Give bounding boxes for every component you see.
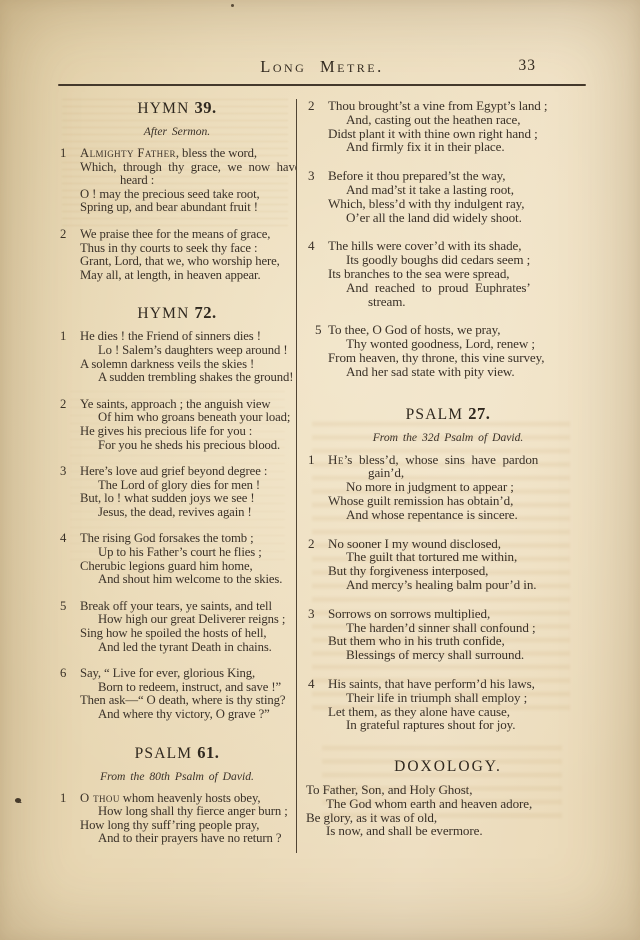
verse-line: The Lord of glory dies for men ! <box>58 479 296 493</box>
stanza-number: 2 <box>308 537 314 551</box>
verse-line: Whose guilt remission has obtain’d, <box>306 494 590 508</box>
section-subtitle: From the 80th Psalm of David. <box>58 770 296 783</box>
verse-line: Sing how he spoiled the hosts of hell, <box>58 627 296 641</box>
verse-line: 3Before it thou prepared’st the way, <box>306 169 590 183</box>
running-title: Long Metre. <box>260 57 384 76</box>
stanza-number: 3 <box>60 465 66 479</box>
verse-line: No more in judgment to appear ; <box>306 480 590 494</box>
section-title-word: PSALM <box>406 406 464 423</box>
verse-line: Is now, and shall be evermore. <box>306 824 590 838</box>
stanza-number: 4 <box>60 532 66 546</box>
stanza-number: 1 <box>60 147 66 161</box>
verse-line: Up to his Father’s court he flies ; <box>58 546 296 560</box>
verse-line: gain’d, <box>306 466 590 480</box>
verse-line: The harden’d sinner shall confound ; <box>306 621 590 635</box>
verse-line: And mercy’s healing balm pour’d in. <box>306 578 590 592</box>
stanza: 4The hills were cover’d with its shade,I… <box>306 239 590 308</box>
small-caps-text: He <box>328 452 344 467</box>
verse-line: Which, bless’d with thy indulgent ray, <box>306 197 590 211</box>
stanza-number: 5 <box>60 600 66 614</box>
verse-line: How high our great Deliverer reigns ; <box>58 613 296 627</box>
verse-line: O ! may the precious seed take root, <box>58 188 296 202</box>
verse-line: But, lo ! what sudden joys we see ! <box>58 492 296 506</box>
stanza: 5To thee, O God of hosts, we pray,Thy wo… <box>306 323 590 378</box>
section-title: PSALM27. <box>306 405 590 423</box>
verse-line: Thus in thy courts to seek thy face : <box>58 242 296 256</box>
verse-line: The guilt that tortured me within, <box>306 550 590 564</box>
verse-line: Blessings of mercy shall surround. <box>306 648 590 662</box>
verse-line: And where thy victory, O grave ?” <box>58 708 296 722</box>
section-title: PSALM61. <box>58 744 296 762</box>
verse-line: Jesus, the dead, revives again ! <box>58 506 296 520</box>
stanza: 1He dies ! the Friend of sinners dies !L… <box>58 330 296 384</box>
verse-line: And, casting out the heathen race, <box>306 113 590 127</box>
ink-speck <box>231 4 234 7</box>
stanza-number: 3 <box>308 169 314 183</box>
section-doxology: DOXOLOGY.To Father, Son, and Holy Ghost,… <box>306 758 590 838</box>
verse-line: Let them, as they alone have cause, <box>306 705 590 719</box>
column-left: HYMN39.After Sermon.1Almighty Father, bl… <box>58 99 296 859</box>
verse-line: 3Here’s love aud grief beyond degree : <box>58 465 296 479</box>
verse-line: Lo ! Salem’s daughters weep around ! <box>58 344 296 358</box>
stanza: 1He’s bless’d, whose sins have pardongai… <box>306 453 590 522</box>
page-header: Long Metre. 33 <box>58 57 586 75</box>
verse-line: And whose repentance is sincere. <box>306 508 590 522</box>
verse-line: Spring up, and bear abundant fruit ! <box>58 201 296 215</box>
stanza-number: 4 <box>308 239 314 253</box>
verse-line: stream. <box>306 295 590 309</box>
section-title-number: 72. <box>195 303 217 322</box>
stanza: 2Ye saints, approach ; the anguish viewO… <box>58 398 296 452</box>
verse-line: Of him who groans beneath your load; <box>58 411 296 425</box>
verse-line: And mad’st it take a lasting root, <box>306 183 590 197</box>
verse-line: 2Ye saints, approach ; the anguish view <box>58 398 296 412</box>
verse-line: Its branches to the sea were spread, <box>306 267 590 281</box>
stanza-number: 2 <box>60 398 66 412</box>
stanza-number: 2 <box>60 228 66 242</box>
verse-line: Its goodly boughs did cedars seem ; <box>306 253 590 267</box>
verse-line: He gives his precious life for you : <box>58 425 296 439</box>
text-columns: HYMN39.After Sermon.1Almighty Father, bl… <box>0 86 640 859</box>
verse-line: The God whom earth and heaven adore, <box>306 797 590 811</box>
verse-line: And shout him welcome to the skies. <box>58 573 296 587</box>
verse-line: 4The rising God forsakes the tomb ; <box>58 532 296 546</box>
verse-line: 4His saints, that have perform’d his law… <box>306 677 590 691</box>
stanza-number: 6 <box>60 667 66 681</box>
verse-line: From heaven, thy throne, this vine surve… <box>306 351 590 365</box>
verse-line: Their life in triumph shall employ ; <box>306 691 590 705</box>
verse-line: Which, through thy grace, we now have <box>58 161 296 175</box>
section-title-word: HYMN <box>137 100 189 117</box>
stanza-number: 3 <box>308 607 314 621</box>
section-title-word: PSALM <box>135 745 193 762</box>
verse-line: Grant, Lord, that we, who worship here, <box>58 255 296 269</box>
verse-line: But thy forgiveness interposed, <box>306 564 590 578</box>
small-caps-text: O thou <box>80 791 120 805</box>
verse-line: 1Almighty Father, bless the word, <box>58 147 296 161</box>
section-title-number: 61. <box>197 743 219 762</box>
verse-line: But them who in his truth confide, <box>306 634 590 648</box>
stanza-number: 4 <box>308 677 314 691</box>
stanza: 4The rising God forsakes the tomb ;Up to… <box>58 532 296 586</box>
verse-line: 2We praise thee for the means of grace, <box>58 228 296 242</box>
section-psalm: PSALM61.From the 80th Psalm of David.1O … <box>58 744 296 846</box>
section-title: HYMN39. <box>58 99 296 117</box>
verse-line: For you he sheds his precious blood. <box>58 439 296 453</box>
stanza: 4His saints, that have perform’d his law… <box>306 677 590 732</box>
stanza-number: 2 <box>308 99 314 113</box>
verse-line: Thy wonted goodness, Lord, renew ; <box>306 337 590 351</box>
page-number: 33 <box>519 57 537 75</box>
stanza: 2We praise thee for the means of grace,T… <box>58 228 296 282</box>
verse-line: To Father, Son, and Holy Ghost, <box>306 783 590 797</box>
verse-line: 2No sooner I my wound disclosed, <box>306 537 590 551</box>
verse-line: 1He dies ! the Friend of sinners dies ! <box>58 330 296 344</box>
verse-line: And to their prayers have no return ? <box>58 832 296 846</box>
section-hymn: HYMN39.After Sermon.1Almighty Father, bl… <box>58 99 296 282</box>
stanza-number: 1 <box>60 792 66 806</box>
section-continuation: 2Thou brought’st a vine from Egypt’s lan… <box>306 99 590 379</box>
section-title: DOXOLOGY. <box>306 758 590 775</box>
section-subtitle: After Sermon. <box>58 125 296 138</box>
verse-line: heard : <box>58 174 296 188</box>
section-psalm: PSALM27.From the 32d Psalm of David.1He’… <box>306 405 590 733</box>
stanza: 5Break off your tears, ye saints, and te… <box>58 600 296 654</box>
verse-line: 1O thou whom heavenly hosts obey, <box>58 792 296 806</box>
verse-line: A sudden trembling shakes the ground! <box>58 371 296 385</box>
section-title-word: DOXOLOGY. <box>394 758 502 775</box>
verse-line: 4The hills were cover’d with its shade, <box>306 239 590 253</box>
verse-line: In grateful raptures shout for joy. <box>306 718 590 732</box>
verse-line: And firmly fix it in their place. <box>306 140 590 154</box>
book-page: Long Metre. 33 HYMN39.After Sermon.1Almi… <box>0 0 640 940</box>
verse-line: A solemn darkness veils the skies ! <box>58 358 296 372</box>
verse-line: 5To thee, O God of hosts, we pray, <box>306 323 590 337</box>
stanza: 1Almighty Father, bless the word,Which, … <box>58 147 296 215</box>
section-title: HYMN72. <box>58 304 296 322</box>
section-subtitle: From the 32d Psalm of David. <box>306 431 590 444</box>
stanza: 6Say, “ Live for ever, glorious King,Bor… <box>58 667 296 721</box>
small-caps-text: Almighty Father <box>80 146 176 160</box>
verse-line: 1He’s bless’d, whose sins have pardon <box>306 453 590 467</box>
verse-line: Didst plant it with thine own right hand… <box>306 127 590 141</box>
verse-line: 5Break off your tears, ye saints, and te… <box>58 600 296 614</box>
verse-line: O’er all the land did widely shoot. <box>306 211 590 225</box>
section-title-number: 27. <box>468 404 490 423</box>
verse-line: 2Thou brought’st a vine from Egypt’s lan… <box>306 99 590 113</box>
verse-line: 6Say, “ Live for ever, glorious King, <box>58 667 296 681</box>
verse-line: How long shall thy fierce anger burn ; <box>58 805 296 819</box>
stanza-number: 5 <box>315 323 321 337</box>
verse-line: And led the tyrant Death in chains. <box>58 641 296 655</box>
stanza-number: 1 <box>60 330 66 344</box>
stanza: To Father, Son, and Holy Ghost,The God w… <box>306 783 590 838</box>
verse-line: May all, at length, in heaven appear. <box>58 269 296 283</box>
stanza: 3Before it thou prepared’st the way,And … <box>306 169 590 224</box>
stanza: 3Here’s love aud grief beyond degree :Th… <box>58 465 296 519</box>
stanza: 2No sooner I my wound disclosed,The guil… <box>306 537 590 592</box>
verse-line: And reached to proud Euphrates’ <box>306 281 590 295</box>
section-hymn: HYMN72.1He dies ! the Friend of sinners … <box>58 304 296 721</box>
verse-line: Cherubic legions guard him home, <box>58 560 296 574</box>
stanza: 2Thou brought’st a vine from Egypt’s lan… <box>306 99 590 154</box>
verse-line: Born to redeem, instruct, and save !” <box>58 681 296 695</box>
verse-line: How long thy suff’ring people pray, <box>58 819 296 833</box>
verse-line: And her sad state with pity view. <box>306 365 590 379</box>
stanza: 1O thou whom heavenly hosts obey,How lon… <box>58 792 296 846</box>
verse-line: Be glory, as it was of old, <box>306 811 590 825</box>
column-right: 2Thou brought’st a vine from Egypt’s lan… <box>296 99 590 853</box>
stanza: 3Sorrows on sorrows multiplied,The harde… <box>306 607 590 662</box>
verse-line: Then ask—“ O death, where is thy sting? <box>58 694 296 708</box>
section-title-word: HYMN <box>137 305 189 322</box>
verse-line: 3Sorrows on sorrows multiplied, <box>306 607 590 621</box>
section-title-number: 39. <box>195 99 217 117</box>
stanza-number: 1 <box>308 453 314 467</box>
